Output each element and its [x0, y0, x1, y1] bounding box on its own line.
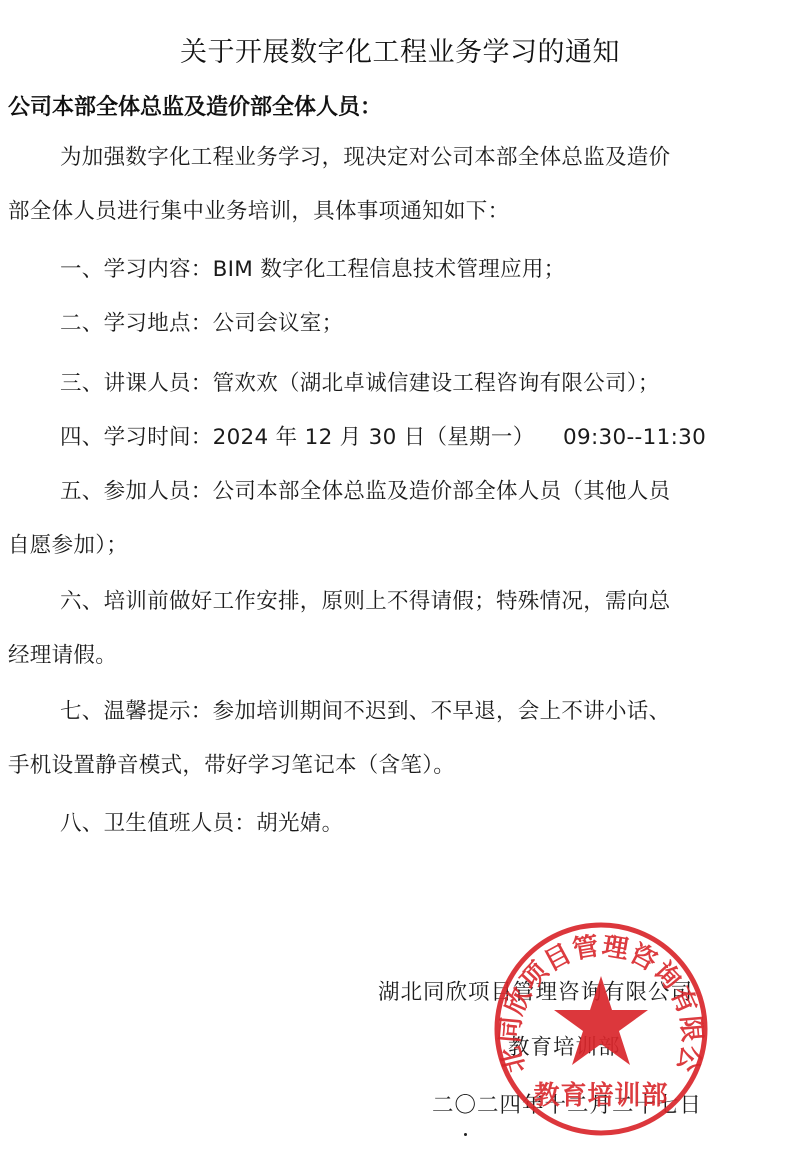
item-1-content: 一、学习内容：BIM 数字化工程信息技术管理应用；	[60, 252, 565, 283]
item-6-leave-line-1: 六、培训前做好工作安排，原则上不得请假；特殊情况，需向总	[60, 584, 670, 615]
speck-mark	[464, 1133, 467, 1136]
signature-company: 湖北同欣项目管理咨询有限公司	[378, 975, 693, 1006]
salutation: 公司本部全体总监及造价部全体人员：	[8, 90, 382, 121]
item-2-location: 二、学习地点：公司会议室；	[60, 306, 343, 337]
document-title: 关于开展数字化工程业务学习的通知	[0, 30, 800, 69]
item-7-reminder-line-1: 七、温馨提示：参加培训期间不迟到、不早退，会上不讲小话、	[60, 694, 670, 725]
item-8-duty: 八、卫生值班人员：胡光婧。	[60, 806, 343, 837]
item-5-attendees-line-2: 自愿参加）；	[8, 528, 128, 559]
item-3-lecturer: 三、讲课人员：管欢欢（湖北卓诚信建设工程咨询有限公司）；	[60, 366, 660, 397]
item-6-leave-line-2: 经理请假。	[8, 638, 117, 669]
intro-line-2: 部全体人员进行集中业务培训，具体事项通知如下：	[8, 194, 509, 225]
item-7-reminder-line-2: 手机设置静音模式，带好学习笔记本（含笔）。	[8, 748, 455, 779]
notice-document: 关于开展数字化工程业务学习的通知 公司本部全体总监及造价部全体人员： 为加强数字…	[0, 0, 800, 1157]
intro-line-1: 为加强数字化工程业务学习，现决定对公司本部全体总监及造价	[60, 140, 670, 171]
item-4-time: 四、学习时间：2024 年 12 月 30 日（星期一） 09:30--11:3…	[60, 420, 706, 451]
signature-department: 教育培训部	[508, 1030, 621, 1061]
signature-date: 二〇二四年十二月二十七日	[432, 1088, 702, 1119]
item-5-attendees-line-1: 五、参加人员：公司本部全体总监及造价部全体人员（其他人员	[60, 474, 670, 505]
